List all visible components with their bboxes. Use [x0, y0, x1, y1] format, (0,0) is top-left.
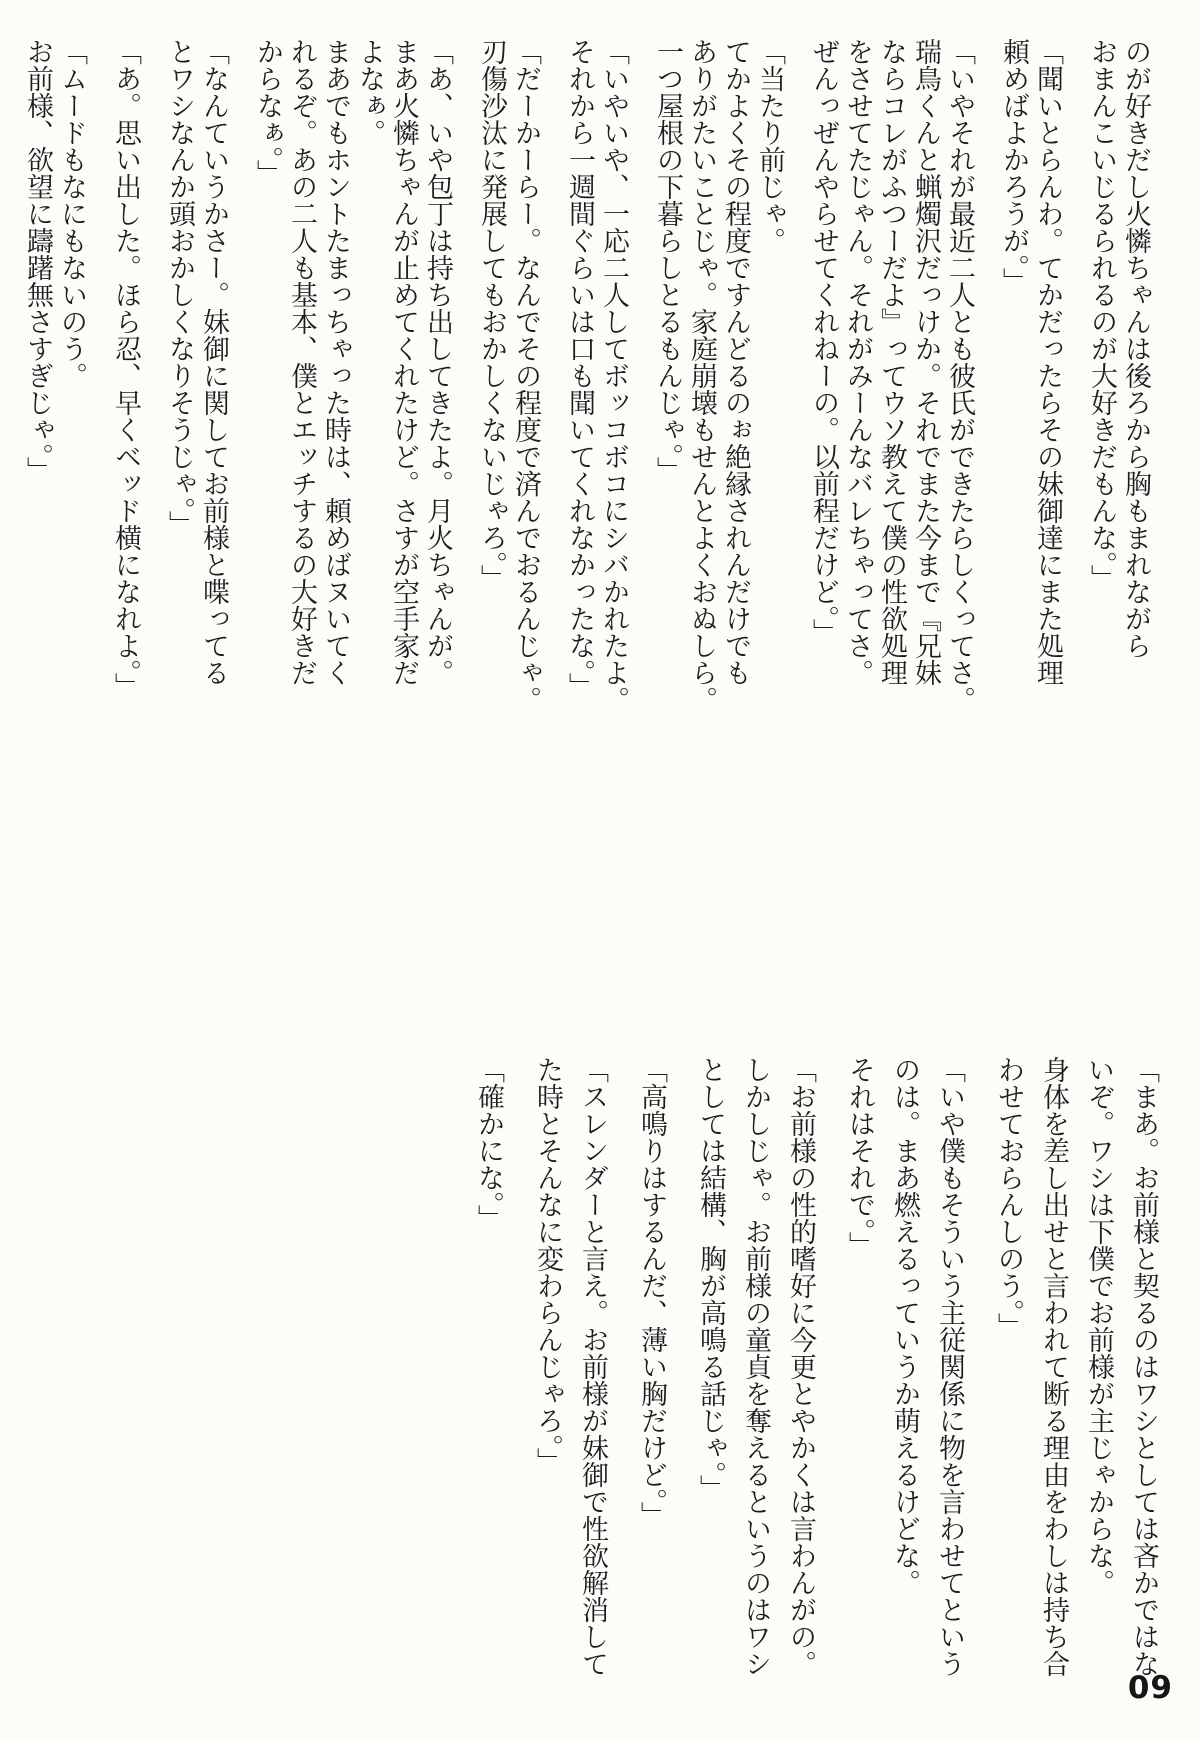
dialogue-paragraph: 「だーかーらー。なんでその程度で済んでおるんじゃ。刃傷沙汰に発展してもおかしくな…: [474, 38, 542, 738]
text-column: 「当たり前じゃ。: [752, 38, 786, 738]
text-column: 「だーかーらー。なんでその程度で済んでおるんじゃ。: [508, 38, 542, 738]
text-column: 「いや僕もそういう主従関係に物を言わせてという: [927, 1056, 972, 1696]
text-column: ならコレがふつーだよ』ってウソ教えて僕の性欲処理: [874, 38, 908, 738]
dialogue-paragraph: 「いやそれが最近二人とも彼氏ができたらしくってさ。瑞鳥くんと蝋燭沢だっけか。それ…: [806, 38, 976, 738]
text-column: お前様、欲望に躊躇無さすぎじゃ。」: [20, 38, 54, 738]
dialogue-paragraph: 「いや僕もそういう主従関係に物を言わせてというのは。まあ燃えるっていうか萌えるけ…: [837, 1056, 972, 1696]
text-column: 「いやいや、一応二人してボッコボコにシバかれたよ。: [596, 38, 630, 738]
text-column: とワシなんか頭おかしくなりそうじゃ。」: [162, 38, 196, 738]
text-column: をさせてたじゃん。それがみーんなバレちゃってさ。: [840, 38, 874, 738]
text-column: 「お前様の性的嗜好に今更とやかくは言わんがの。: [778, 1056, 823, 1696]
dialogue-paragraph: 「ムードもなにもないのう。お前様、欲望に躊躇無さすぎじゃ。」: [20, 38, 88, 738]
dialogue-block-top: のが好きだし火憐ちゃんは後ろから胸もまれながらおまんこいじるられるのが大好きだも…: [20, 38, 1152, 738]
dialogue-paragraph: 「高鳴りはするんだ、薄い胸だけど。」: [629, 1056, 674, 1696]
text-column: た時とそんなに変わらんじゃろ。」: [525, 1056, 570, 1696]
text-column: わせておらんしのう。」: [986, 1056, 1031, 1696]
dialogue-block-bottom: 「まあ。お前様と契るのはワシとしては吝かではないぞ。ワシは下僕でお前様が主じゃか…: [466, 1056, 1166, 1696]
text-column: 「あ。思い出した。ほら忍、早くベッド横になれよ。」: [108, 38, 142, 738]
text-column: てかよくその程度ですんどるのぉ絶縁されんだけでも: [718, 38, 752, 738]
text-column: 頼めばよかろうが。」: [996, 38, 1030, 738]
dialogue-paragraph: 「当たり前じゃ。てかよくその程度ですんどるのぉ絶縁されんだけでもありがたいことじ…: [650, 38, 786, 738]
text-column: ありがたいことじゃ。家庭崩壊もせんとよくおぬしら。: [684, 38, 718, 738]
text-column: としては結構、胸が高鳴る話じゃ。」: [688, 1056, 733, 1696]
dialogue-paragraph: 「確かにな。」: [466, 1056, 511, 1696]
text-column: それから一週間ぐらいは口も聞いてくれなかったな。」: [562, 38, 596, 738]
text-column: 「なんていうかさー。妹御に関してお前様と喋ってる: [196, 38, 230, 738]
text-column: からなぁ。」: [250, 38, 284, 738]
dialogue-paragraph: 「あ。思い出した。ほら忍、早くベッド横になれよ。」: [108, 38, 142, 738]
text-column: 「いやそれが最近二人とも彼氏ができたらしくってさ。: [942, 38, 976, 738]
text-column: 「聞いとらんわ。てかだったらその妹御達にまた処理: [1030, 38, 1064, 738]
text-column: よなぁ。: [352, 38, 386, 738]
text-column: いぞ。ワシは下僕でお前様が主じゃからな。: [1076, 1056, 1121, 1696]
text-column: おまんこいじるられるのが大好きだもんな。」: [1084, 38, 1118, 738]
text-column: 「スレンダーと言え。お前様が妹御で性欲解消して: [570, 1056, 615, 1696]
text-column: のが好きだし火憐ちゃんは後ろから胸もまれながら: [1118, 38, 1152, 738]
dialogue-paragraph: 「なんていうかさー。妹御に関してお前様と喋ってるとワシなんか頭おかしくなりそうじ…: [162, 38, 230, 738]
text-column: ぜんっぜんやらせてくれねーの。以前程だけど。」: [806, 38, 840, 738]
dialogue-paragraph: 「いやいや、一応二人してボッコボコにシバかれたよ。それから一週間ぐらいは口も聞い…: [562, 38, 630, 738]
page-number: 09: [1128, 1670, 1173, 1706]
text-column: 瑞鳥くんと蝋燭沢だっけか。それでまた今まで『兄妹: [908, 38, 942, 738]
text-column: 「ムードもなにもないのう。: [54, 38, 88, 738]
text-column: まあでもホントたまっちゃった時は、頼めばヌいてく: [318, 38, 352, 738]
dialogue-paragraph: 「スレンダーと言え。お前様が妹御で性欲解消してた時とそんなに変わらんじゃろ。」: [525, 1056, 615, 1696]
text-column: れるぞ。あの二人も基本、僕とエッチするの大好きだ: [284, 38, 318, 738]
text-column: 「高鳴りはするんだ、薄い胸だけど。」: [629, 1056, 674, 1696]
dialogue-paragraph: のが好きだし火憐ちゃんは後ろから胸もまれながらおまんこいじるられるのが大好きだも…: [1084, 38, 1152, 738]
dialogue-paragraph: 「まあ。お前様と契るのはワシとしては吝かではないぞ。ワシは下僕でお前様が主じゃか…: [986, 1056, 1166, 1696]
text-column: のは。まあ燃えるっていうか萌えるけどな。: [882, 1056, 927, 1696]
text-column: まあ火憐ちゃんが止めてくれたけど。さすが空手家だ: [386, 38, 420, 738]
text-column: しかしじゃ。お前様の童貞を奪えるというのはワシ: [733, 1056, 778, 1696]
text-column: 「確かにな。」: [466, 1056, 511, 1696]
scanned-novel-page: のが好きだし火憐ちゃんは後ろから胸もまれながらおまんこいじるられるのが大好きだも…: [0, 0, 1200, 1742]
text-column: それはそれで。」: [837, 1056, 882, 1696]
text-column: 身体を差し出せと言われて断る理由をわしは持ち合: [1031, 1056, 1076, 1696]
text-column: 「あ、いや包丁は持ち出してきたよ。月火ちゃんが。: [420, 38, 454, 738]
text-column: 一つ屋根の下暮らしとるもんじゃ。」: [650, 38, 684, 738]
dialogue-paragraph: 「あ、いや包丁は持ち出してきたよ。月火ちゃんが。まあ火憐ちゃんが止めてくれたけど…: [250, 38, 454, 738]
text-column: 刃傷沙汰に発展してもおかしくないじゃろ。」: [474, 38, 508, 738]
dialogue-paragraph: 「聞いとらんわ。てかだったらその妹御達にまた処理頼めばよかろうが。」: [996, 38, 1064, 738]
dialogue-paragraph: 「お前様の性的嗜好に今更とやかくは言わんがの。しかしじゃ。お前様の童貞を奪えると…: [688, 1056, 823, 1696]
text-column: 「まあ。お前様と契るのはワシとしては吝かではな: [1121, 1056, 1166, 1696]
